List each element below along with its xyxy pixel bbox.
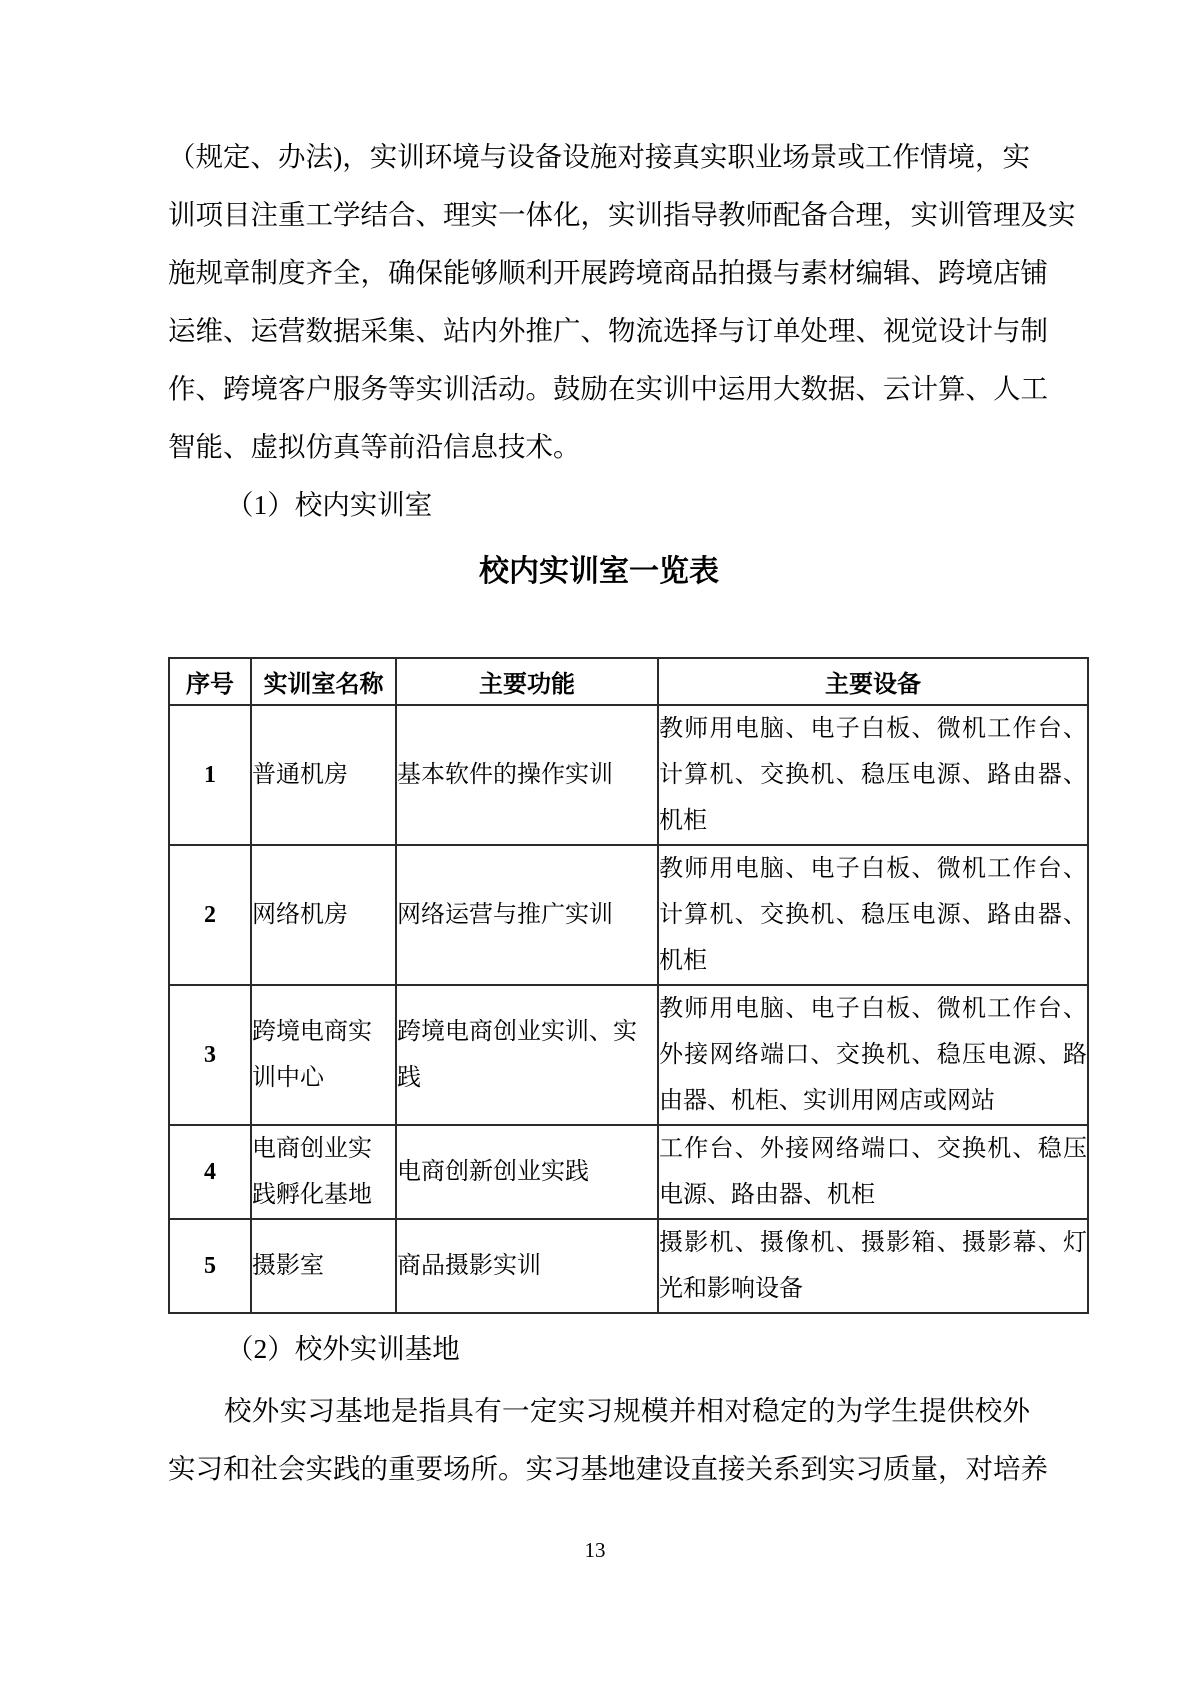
- text-line: 教师用电脑、电子白板、微机工作台、: [659, 706, 1087, 752]
- cell-main-function: 网络运营与推广实训: [396, 845, 658, 985]
- text-line: 摄影机、摄像机、摄影箱、摄影幕、灯: [659, 1220, 1087, 1266]
- text-line: （规定、办法)，实训环境与设备设施对接真实职业场景或工作情境，实: [168, 128, 1030, 186]
- text-line: 校外实习基地是指具有一定实习规模并相对稳定的为学生提供校外: [168, 1382, 1030, 1440]
- text-line: 机柜: [659, 798, 1087, 844]
- table-row: 1普通机房基本软件的操作实训教师用电脑、电子白板、微机工作台、计算机、交换机、稳…: [169, 705, 1088, 845]
- header-room-name: 实训室名称: [251, 658, 396, 705]
- table-row: 4电商创业实践孵化基地电商创新创业实践工作台、外接网络端口、交换机、稳压电源、路…: [169, 1125, 1088, 1219]
- paragraph-training-conditions: （规定、办法)，实训环境与设备设施对接真实职业场景或工作情境，实训项目注重工学结…: [168, 128, 1030, 476]
- cell-seq-no: 1: [169, 705, 251, 845]
- text-line: 运维、运营数据采集、站内外推广、物流选择与订单处理、视觉设计与制: [168, 302, 1030, 360]
- text-line: 跨境电商创业实训、实: [397, 1009, 657, 1055]
- cell-room-name: 跨境电商实训中心: [251, 985, 396, 1125]
- text-line: 训项目注重工学结合、理实一体化，实训指导教师配备合理，实训管理及实: [168, 186, 1030, 244]
- text-line: 机柜: [659, 938, 1087, 984]
- table-row: 3跨境电商实训中心跨境电商创业实训、实践教师用电脑、电子白板、微机工作台、外接网…: [169, 985, 1088, 1125]
- cell-main-equipment: 教师用电脑、电子白板、微机工作台、计算机、交换机、稳压电源、路由器、机柜: [658, 845, 1088, 985]
- text-line: 电商创新创业实践: [397, 1149, 657, 1195]
- text-line: 基本软件的操作实训: [397, 752, 657, 798]
- cell-main-equipment: 摄影机、摄像机、摄影箱、摄影幕、灯光和影响设备: [658, 1219, 1088, 1313]
- cell-seq-no: 2: [169, 845, 251, 985]
- cell-main-equipment: 教师用电脑、电子白板、微机工作台、计算机、交换机、稳压电源、路由器、机柜: [658, 705, 1088, 845]
- cell-seq-no: 4: [169, 1125, 251, 1219]
- page-number: 13: [0, 1536, 1190, 1564]
- cell-main-function: 基本软件的操作实训: [396, 705, 658, 845]
- cell-main-function: 电商创新创业实践: [396, 1125, 658, 1219]
- cell-main-function: 商品摄影实训: [396, 1219, 658, 1313]
- text-line: 教师用电脑、电子白板、微机工作台、: [659, 846, 1087, 892]
- text-line: 摄影室: [252, 1243, 395, 1289]
- cell-seq-no: 5: [169, 1219, 251, 1313]
- text-line: 实习和社会实践的重要场所。实习基地建设直接关系到实习质量，对培养: [168, 1440, 1030, 1498]
- text-line: 教师用电脑、电子白板、微机工作台、: [659, 986, 1087, 1032]
- cell-room-name: 普通机房: [251, 705, 396, 845]
- cell-seq-no: 3: [169, 985, 251, 1125]
- document-page: （规定、办法)，实训环境与设备设施对接真实职业场景或工作情境，实训项目注重工学结…: [0, 0, 1190, 1683]
- text-line: 智能、虚拟仿真等前沿信息技术。: [168, 418, 1030, 476]
- table-title: 校内实训室一览表: [168, 546, 1030, 598]
- text-line: 外接网络端口、交换机、稳压电源、路: [659, 1032, 1087, 1078]
- campus-training-rooms-table: 序号 实训室名称 主要功能 主要设备 1普通机房基本软件的操作实训教师用电脑、电…: [168, 657, 1089, 1314]
- table-row: 5摄影室商品摄影实训摄影机、摄像机、摄影箱、摄影幕、灯光和影响设备: [169, 1219, 1088, 1313]
- table-row: 2网络机房网络运营与推广实训教师用电脑、电子白板、微机工作台、计算机、交换机、稳…: [169, 845, 1088, 985]
- text-line: 网络机房: [252, 892, 395, 938]
- cell-main-equipment: 工作台、外接网络端口、交换机、稳压电源、路由器、机柜: [658, 1125, 1088, 1219]
- text-line: 作、跨境客户服务等实训活动。鼓励在实训中运用大数据、云计算、人工: [168, 360, 1030, 418]
- text-line: 商品摄影实训: [397, 1243, 657, 1289]
- text-line: 光和影响设备: [659, 1266, 1087, 1312]
- text-line: 网络运营与推广实训: [397, 892, 657, 938]
- cell-main-equipment: 教师用电脑、电子白板、微机工作台、外接网络端口、交换机、稳压电源、路由器、机柜、…: [658, 985, 1088, 1125]
- text-line: 计算机、交换机、稳压电源、路由器、: [659, 892, 1087, 938]
- text-line: 训中心: [252, 1055, 395, 1101]
- header-seq-no: 序号: [169, 658, 251, 705]
- cell-room-name: 电商创业实践孵化基地: [251, 1125, 396, 1219]
- text-line: 电源、路由器、机柜: [659, 1172, 1087, 1218]
- item-campus-training-rooms: （1）校内实训室: [226, 476, 432, 534]
- cell-room-name: 摄影室: [251, 1219, 396, 1313]
- text-line: 电商创业实: [252, 1126, 395, 1172]
- text-line: 计算机、交换机、稳压电源、路由器、: [659, 752, 1087, 798]
- text-line: 工作台、外接网络端口、交换机、稳压: [659, 1126, 1087, 1172]
- header-main-equipment: 主要设备: [658, 658, 1088, 705]
- text-line: 施规章制度齐全，确保能够顺利开展跨境商品拍摄与素材编辑、跨境店铺: [168, 244, 1030, 302]
- header-main-function: 主要功能: [396, 658, 658, 705]
- text-line: 践孵化基地: [252, 1172, 395, 1218]
- text-line: 跨境电商实: [252, 1009, 395, 1055]
- text-line: 普通机房: [252, 752, 395, 798]
- table-header-row: 序号 实训室名称 主要功能 主要设备: [169, 658, 1088, 705]
- text-line: 践: [397, 1055, 657, 1101]
- text-line: 由器、机柜、实训用网店或网站: [659, 1078, 1087, 1124]
- cell-room-name: 网络机房: [251, 845, 396, 985]
- paragraph-offcampus-base: 校外实习基地是指具有一定实习规模并相对稳定的为学生提供校外实习和社会实践的重要场…: [168, 1382, 1030, 1498]
- item-offcampus-training-bases: （2）校外实训基地: [226, 1320, 460, 1378]
- cell-main-function: 跨境电商创业实训、实践: [396, 985, 658, 1125]
